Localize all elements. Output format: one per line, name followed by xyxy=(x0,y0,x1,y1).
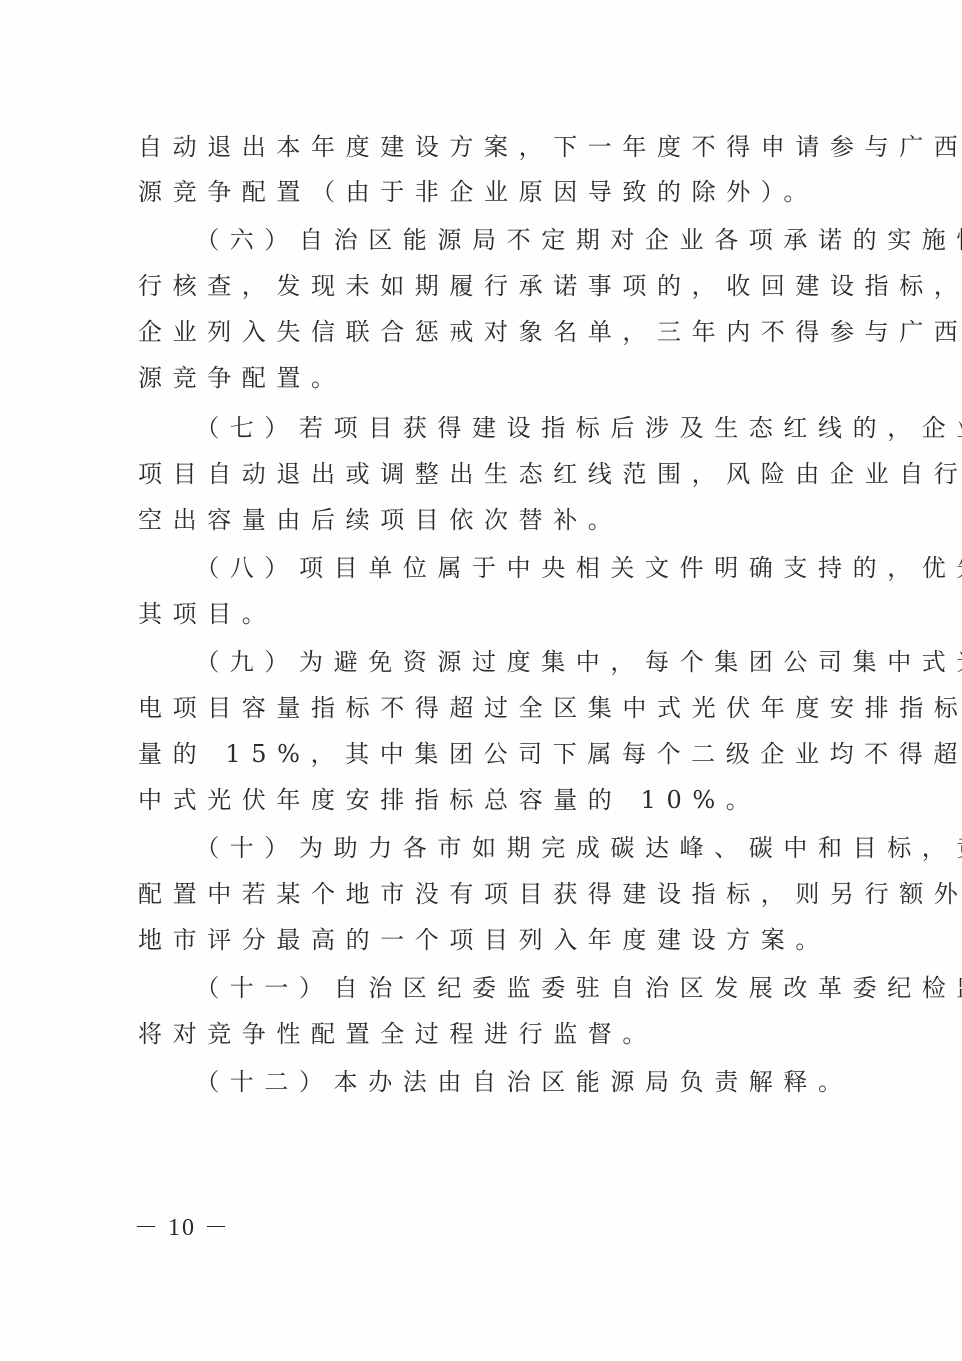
text-line: （七）若项目获得建设指标后涉及生态红线的，企业承诺 xyxy=(138,410,838,446)
text-line: 中式光伏年度安排指标总容量的 10%。 xyxy=(138,782,838,818)
text-line: （十）为助力各市如期完成碳达峰、碳中和目标，竞争性 xyxy=(138,830,838,866)
text-line: 企业列入失信联合惩戒对象名单，三年内不得参与广西光伏资 xyxy=(138,314,838,350)
text-line: 将对竞争性配置全过程进行监督。 xyxy=(138,1016,838,1052)
text-line: （九）为避免资源过度集中，每个集团公司集中式光伏发 xyxy=(138,644,838,680)
text-line: 行核查，发现未如期履行承诺事项的，收回建设指标，将相关 xyxy=(138,268,838,304)
text-line: （十一）自治区纪委监委驻自治区发展改革委纪检监察组 xyxy=(138,970,838,1006)
text-line: （六）自治区能源局不定期对企业各项承诺的实施情况进 xyxy=(138,222,838,258)
text-line: 地市评分最高的一个项目列入年度建设方案。 xyxy=(138,922,838,958)
text-line: 量的 15%，其中集团公司下属每个二级企业均不得超过全区集 xyxy=(138,736,838,772)
text-line: 空出容量由后续项目依次替补。 xyxy=(138,502,838,538)
text-line: 自动退出本年度建设方案，下一年度不得申请参与广西光伏资 xyxy=(138,129,838,165)
text-line: 项目自动退出或调整出生态红线范围，风险由企业自行承担， xyxy=(138,456,838,492)
text-line: 配置中若某个地市没有项目获得建设指标，则另行额外安排该 xyxy=(138,876,838,912)
page-number: － 10 － xyxy=(134,1212,230,1244)
document-page: 自动退出本年度建设方案，下一年度不得申请参与广西光伏资 源竞争配置（由于非企业原… xyxy=(0,0,962,1361)
text-line: 源竞争配置。 xyxy=(138,360,838,396)
text-line: （八）项目单位属于中央相关文件明确支持的，优先支持 xyxy=(138,550,838,586)
text-line: 其项目。 xyxy=(138,596,838,632)
text-line: 源竞争配置（由于非企业原因导致的除外）。 xyxy=(138,174,838,210)
text-line: 电项目容量指标不得超过全区集中式光伏年度安排指标总容 xyxy=(138,690,838,726)
text-line: （十二）本办法由自治区能源局负责解释。 xyxy=(138,1064,838,1100)
